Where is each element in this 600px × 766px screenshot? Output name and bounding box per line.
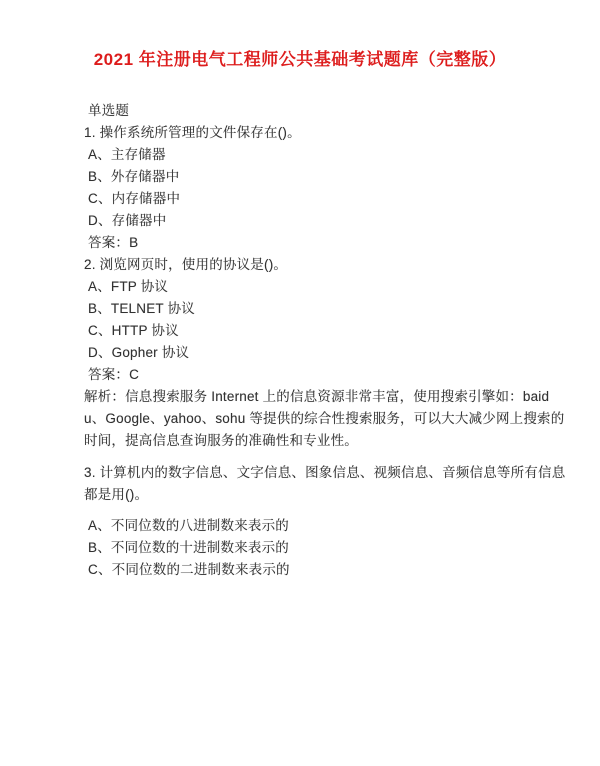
analysis-line: 时间，提高信息查询服务的准确性和专业性。 bbox=[84, 430, 548, 452]
document-body: 单选题 1. 操作系统所管理的文件保存在()。 A、主存储器 B、外存储器中 C… bbox=[88, 100, 548, 581]
document-page: 2021 年注册电气工程师公共基础考试题库（完整版） 单选题 1. 操作系统所管… bbox=[0, 0, 600, 766]
question-2-option-c: C、HTTP 协议 bbox=[88, 320, 548, 342]
question-3-stem: 3. 计算机内的数字信息、文字信息、图象信息、视频信息、音频信息等所有信息 都是… bbox=[88, 462, 548, 506]
document-title: 2021 年注册电气工程师公共基础考试题库（完整版） bbox=[0, 47, 600, 73]
question-2-option-b: B、TELNET 协议 bbox=[88, 298, 548, 320]
question-1-option-c: C、内存储器中 bbox=[88, 188, 548, 210]
question-stem-line: 3. 计算机内的数字信息、文字信息、图象信息、视频信息、音频信息等所有信息 bbox=[84, 462, 548, 484]
question-2-option-d: D、Gopher 协议 bbox=[88, 342, 548, 364]
question-2-answer: 答案：C bbox=[88, 364, 548, 386]
question-3-option-b: B、不同位数的十进制数来表示的 bbox=[88, 537, 548, 559]
question-2-analysis: 解析：信息搜索服务 Internet 上的信息资源非常丰富，使用搜索引擎如：ba… bbox=[88, 386, 548, 452]
analysis-line: 解析：信息搜索服务 Internet 上的信息资源非常丰富，使用搜索引擎如：ba… bbox=[84, 386, 548, 408]
question-1-option-b: B、外存储器中 bbox=[88, 166, 548, 188]
section-heading: 单选题 bbox=[88, 100, 548, 122]
analysis-line: u、Google、yahoo、sohu 等提供的综合性搜索服务，可以大大减少网上… bbox=[84, 408, 548, 430]
question-1-stem: 1. 操作系统所管理的文件保存在()。 bbox=[84, 122, 548, 144]
question-1-answer: 答案：B bbox=[88, 232, 548, 254]
question-stem-line: 都是用()。 bbox=[84, 484, 548, 506]
question-2-option-a: A、FTP 协议 bbox=[88, 276, 548, 298]
question-1-option-d: D、存储器中 bbox=[88, 210, 548, 232]
question-2-stem: 2. 浏览网页时，使用的协议是()。 bbox=[84, 254, 548, 276]
question-3-option-c: C、不同位数的二进制数来表示的 bbox=[88, 559, 548, 581]
question-1-option-a: A、主存储器 bbox=[88, 144, 548, 166]
question-3-option-a: A、不同位数的八进制数来表示的 bbox=[88, 515, 548, 537]
